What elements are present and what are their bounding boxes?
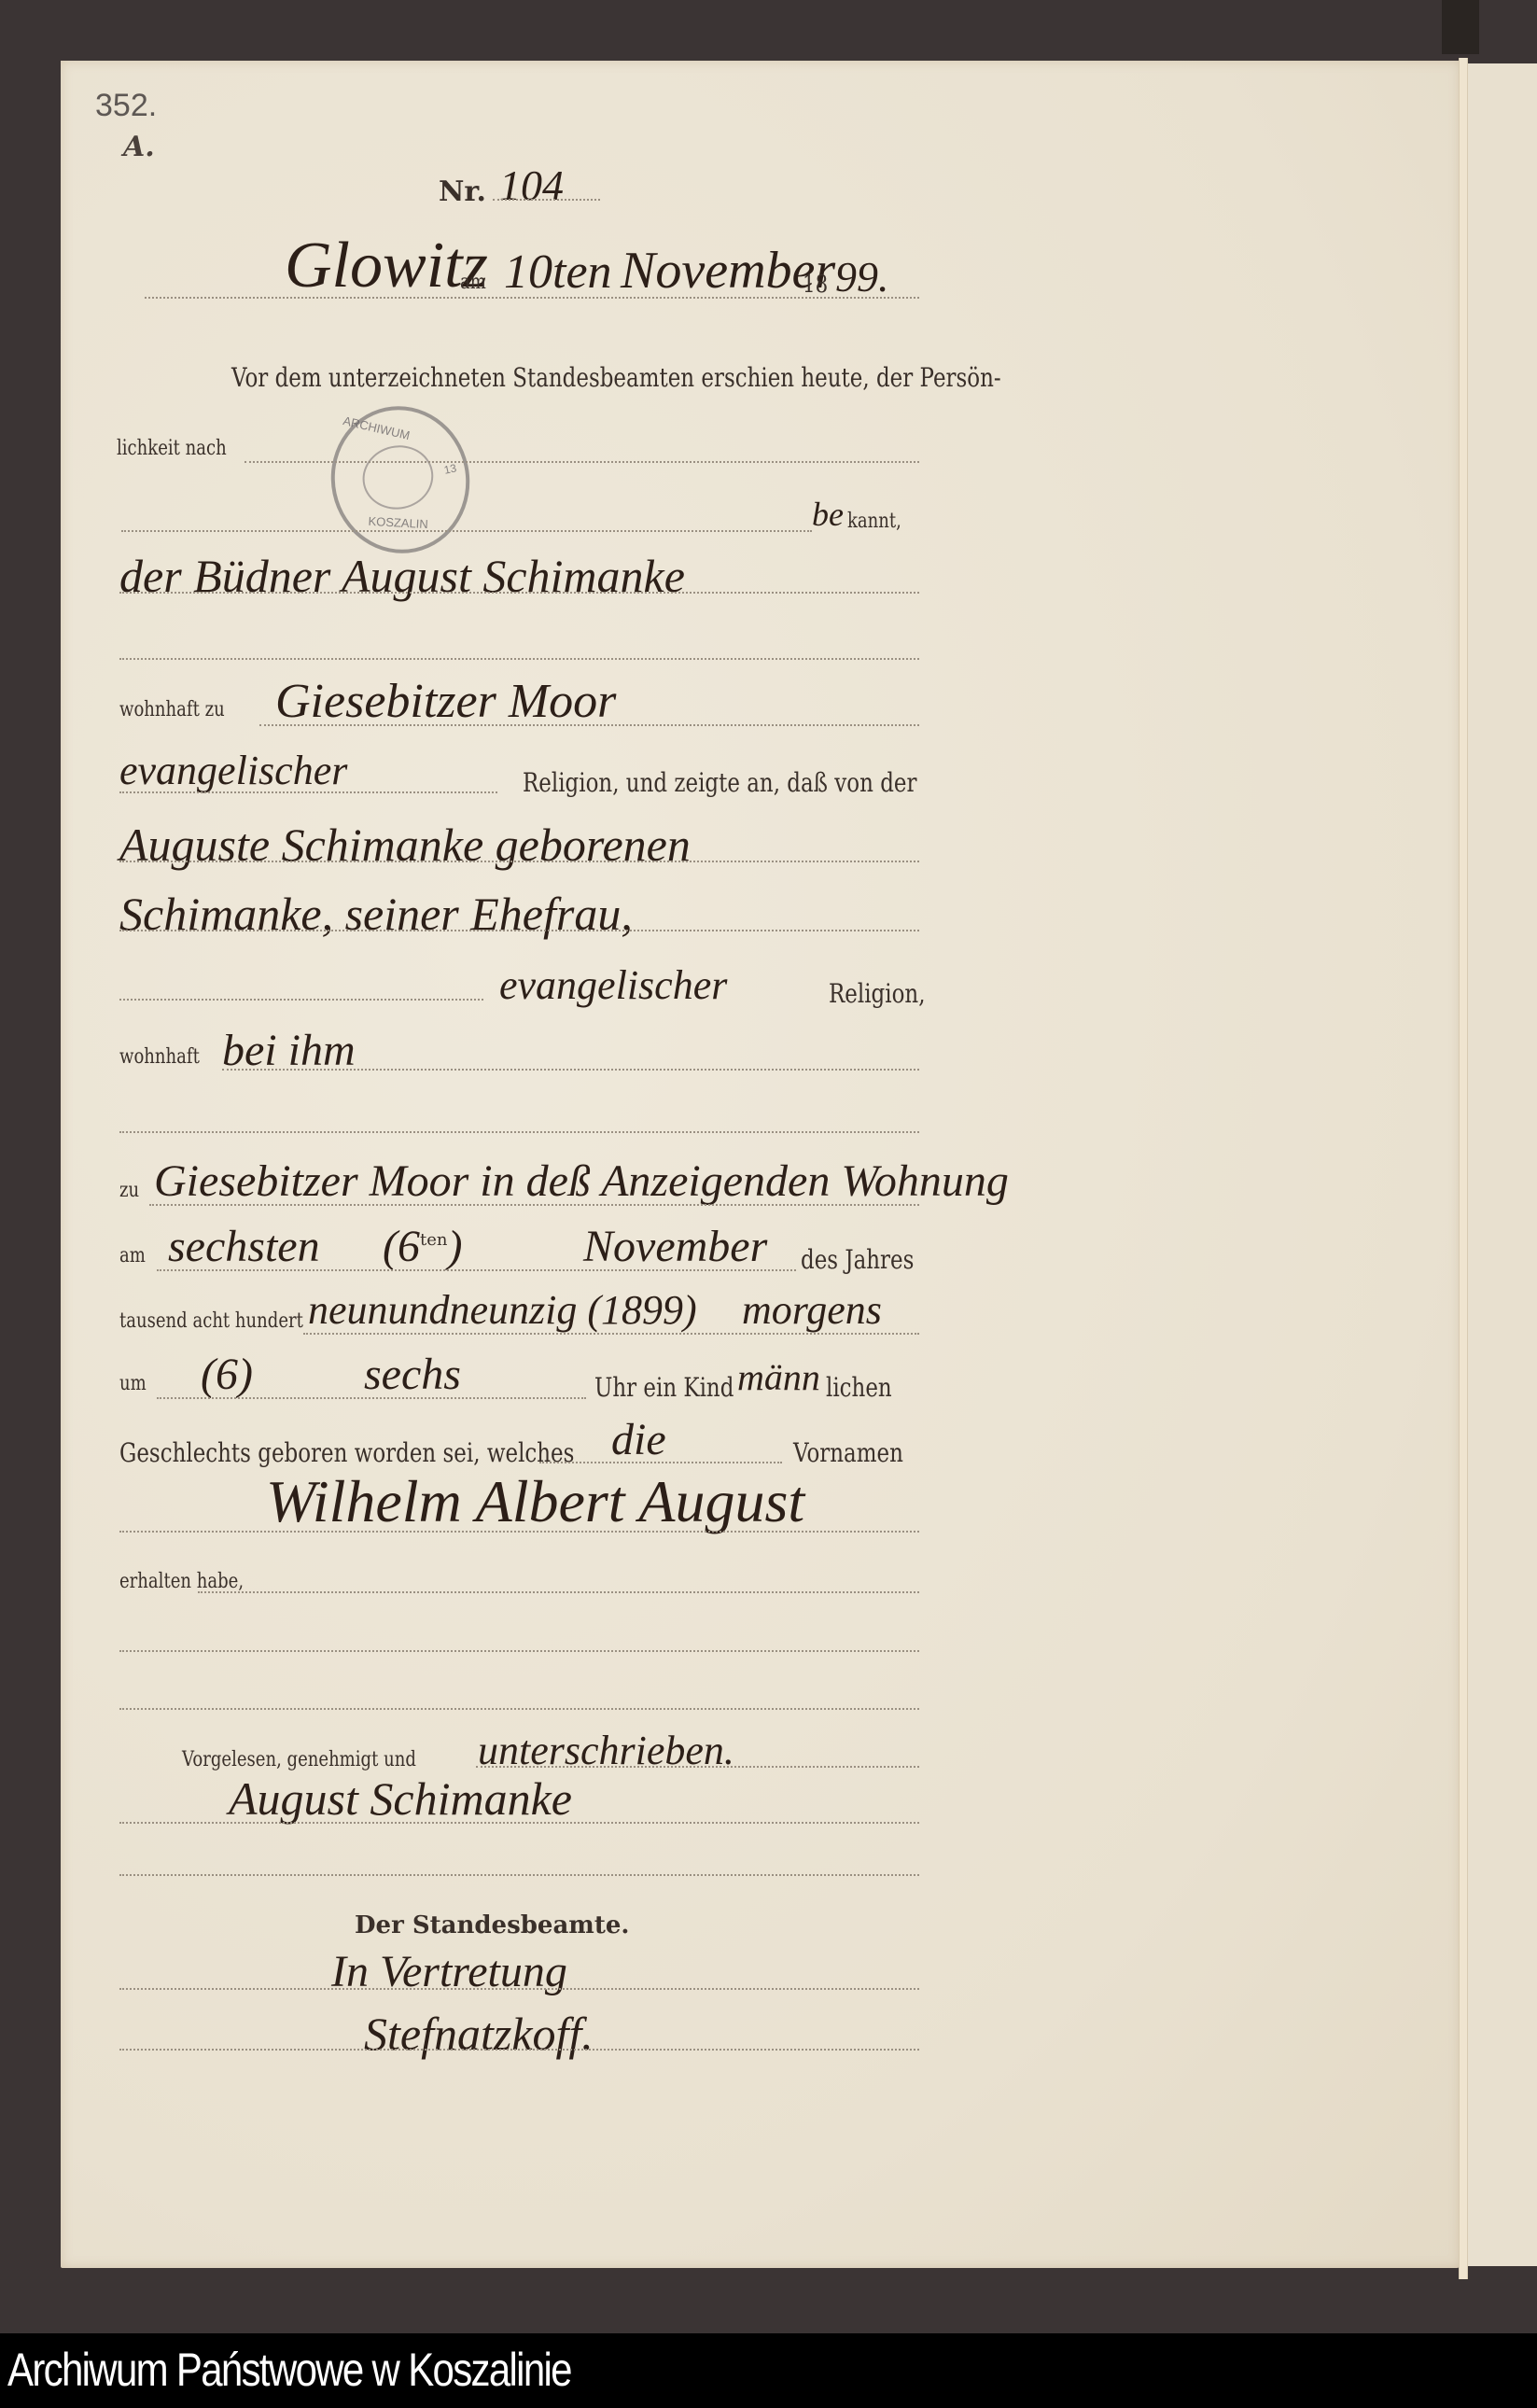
adjacent-page-edge: [1467, 63, 1537, 2266]
informant-name: der Büdner August Schimanke: [119, 549, 685, 603]
child-label: Uhr ein Kind: [594, 1372, 734, 1403]
given-names: Wilhelm Albert August: [266, 1467, 804, 1536]
mother-resident-line: [222, 1069, 919, 1071]
time-of-day: morgens: [742, 1286, 882, 1334]
mother-maiden-name: Schimanke, seiner Ehefrau,: [119, 887, 633, 941]
archive-name: Archiwum Państwowe w Koszalinie: [7, 2343, 571, 2397]
sex-hand: männ: [737, 1355, 820, 1399]
hour-number: (6): [201, 1349, 253, 1400]
thousand-label: tausend acht hundert: [119, 1309, 303, 1333]
date-day: 10ten: [504, 245, 612, 300]
informant-religion: evangelischer: [119, 747, 347, 794]
page-gutter: [1459, 58, 1468, 2279]
date-connector: am: [460, 271, 486, 294]
registrar-line-1: [119, 1988, 919, 1990]
identity-line: [245, 461, 919, 463]
day-line: [157, 1269, 796, 1271]
given-names-line: [119, 1531, 919, 1533]
year-words: neunundneunzig (1899): [308, 1286, 697, 1334]
folio-number: 352.: [95, 88, 157, 124]
mother-maiden-line: [119, 930, 919, 931]
form-letter: A.: [123, 131, 155, 163]
mother-name: Auguste Schimanke geborenen: [119, 818, 691, 872]
mother-resident-label: wohnhaft: [119, 1045, 200, 1069]
stamp-top-text: ARCHIWUM: [342, 413, 411, 442]
informant-signature-line: [119, 1822, 919, 1824]
blank-line-4: [119, 1708, 919, 1710]
signed-line: [476, 1766, 919, 1768]
birth-month: November: [583, 1221, 767, 1272]
stamp-bottom-text: KOSZALIN: [368, 514, 428, 531]
resident-label: wohnhaft zu: [119, 698, 225, 721]
sex-print: lichen: [826, 1372, 892, 1403]
blank-line-5: [119, 1874, 919, 1876]
religion-text: Religion, und zeigte an, daß von der: [523, 767, 916, 798]
gender-text: Geschlechts geboren worden sei, welches: [119, 1437, 574, 1468]
record-number-label: Nr.: [439, 175, 486, 208]
received-line: [198, 1591, 919, 1593]
blank-line-1: [119, 658, 919, 660]
intro-text: Vor dem unterzeichneten Standesbeamten e…: [231, 362, 1001, 393]
hour-line: [157, 1397, 586, 1399]
archive-footer-bar: Archiwum Państwowe w Koszalinie: [0, 2333, 1537, 2408]
known-hand: be: [812, 495, 844, 534]
read-approved-text: Vorgelesen, genehmigt und: [182, 1748, 416, 1771]
hour-word: sechs: [364, 1349, 461, 1400]
stamp-inner-ring: [356, 439, 439, 515]
registrar-line-2: [119, 2049, 919, 2051]
day-word: sechsten: [168, 1221, 320, 1272]
birth-place-line: [149, 1204, 919, 1206]
names-label: Vornamen: [793, 1437, 903, 1468]
year-line: [303, 1333, 919, 1335]
day-label: am: [119, 1244, 146, 1267]
stamp-number: 13: [442, 461, 457, 476]
received-text: erhalten habe,: [119, 1570, 244, 1593]
record-number: 104: [499, 161, 564, 210]
record-number-line: [493, 199, 600, 201]
mother-line: [119, 861, 919, 862]
hour-label: um: [119, 1372, 147, 1395]
intro-continuation: lichkeit nach: [117, 437, 227, 460]
mother-religion: evangelischer: [499, 961, 727, 1009]
birth-place: Giesebitzer Moor in deß Anzeigenden Wohn…: [154, 1155, 1009, 1207]
resident-line: [259, 724, 919, 726]
known-print: kannt,: [847, 510, 901, 533]
registrar-title: Der Standesbeamte.: [355, 1911, 629, 1939]
blank-line-3: [119, 1650, 919, 1652]
date-year-suffix: 99.: [835, 252, 889, 301]
informant-signature: August Schimanke: [229, 1771, 572, 1826]
mother-religion-text: Religion,: [829, 978, 926, 1009]
date-line: [145, 297, 919, 299]
resident-place: Giesebitzer Moor: [275, 674, 616, 729]
year-label: des Jahres: [801, 1244, 914, 1275]
date-year-prefix: 18: [803, 271, 828, 299]
religion-line: [119, 791, 497, 793]
birth-place-label: zu: [119, 1179, 139, 1202]
mother-religion-line: [119, 999, 483, 1001]
place-name: Glowitz: [285, 229, 488, 303]
day-number: (6ten): [383, 1221, 462, 1272]
blank-line-2: [119, 1131, 919, 1133]
informant-line: [119, 592, 919, 594]
book-spine: [1442, 0, 1479, 54]
registrar-signature-2: Stefnatzkoff.: [364, 2007, 594, 2061]
known-line: [121, 530, 812, 532]
article-hand: die: [611, 1414, 666, 1465]
